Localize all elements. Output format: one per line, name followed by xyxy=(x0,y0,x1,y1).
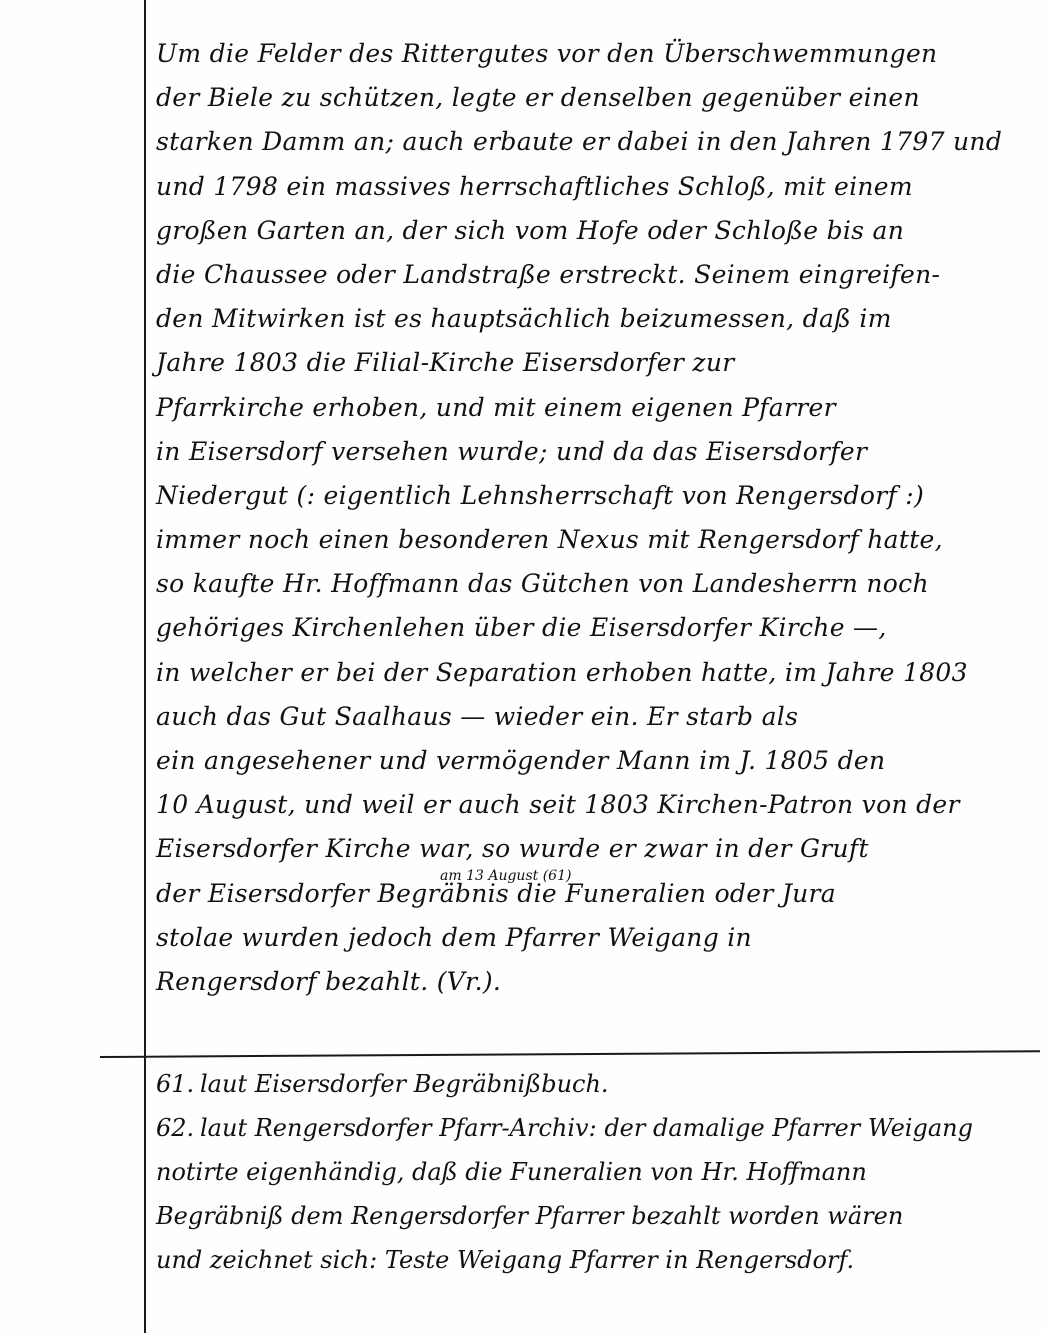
footnote-number: 62. xyxy=(156,1106,200,1150)
left-margin-rule xyxy=(144,0,146,1333)
interlinear-annotation: am 13 August (61) xyxy=(440,868,571,884)
text-line-2: der Biele zu schützen, legte er denselbe… xyxy=(156,76,1026,120)
text-line-13: so kaufte Hr. Hoffmann das Gütchen von L… xyxy=(156,562,1026,606)
text-line-18: 10 August, und weil er auch seit 1803 Ki… xyxy=(156,783,1026,827)
footnote-62-cont-3: und zeichnet sich: Teste Weigang Pfarrer… xyxy=(156,1238,1026,1282)
text-line-11: Niedergut (: eigentlich Lehnsherrschaft … xyxy=(156,474,1026,518)
text-line-3: starken Damm an; auch erbaute er dabei i… xyxy=(156,120,1026,164)
text-line-10: in Eisersdorf versehen wurde; und da das… xyxy=(156,430,1026,474)
text-line-15: in welcher er bei der Separation erhoben… xyxy=(156,651,1026,695)
text-line-8: Jahre 1803 die Filial-Kirche Eisersdorfe… xyxy=(156,341,1026,385)
text-line-4: und 1798 ein massives herrschaftliches S… xyxy=(156,165,1026,209)
text-line-21: stolae wurden jedoch dem Pfarrer Weigang… xyxy=(156,916,1026,960)
footnote-62-cont-2: Begräbniß dem Rengersdorfer Pfarrer beza… xyxy=(156,1194,1026,1238)
footnote-62: 62.laut Rengersdorfer Pfarr-Archiv: der … xyxy=(156,1106,1026,1150)
text-line-22: Rengersdorf bezahlt. (Vr.). xyxy=(156,960,1026,1004)
text-line-14: gehöriges Kirchenlehen über die Eisersdo… xyxy=(156,606,1026,650)
text-line-19: Eisersdorfer Kirche war, so wurde er zwa… xyxy=(156,827,1026,871)
footnote-text: laut Rengersdorfer Pfarr-Archiv: der dam… xyxy=(200,1114,973,1142)
footnote-61: 61.laut Eisersdorfer Begräbnißbuch. xyxy=(156,1062,1026,1106)
text-line-1: Um die Felder des Rittergutes vor den Üb… xyxy=(156,32,1026,76)
footnote-62-cont-1: notirte eigenhändig, daß die Funeralien … xyxy=(156,1150,1026,1194)
text-line-5: großen Garten an, der sich vom Hofe oder… xyxy=(156,209,1026,253)
text-line-17: ein angesehener und vermögender Mann im … xyxy=(156,739,1026,783)
footnote-text: laut Eisersdorfer Begräbnißbuch. xyxy=(200,1070,609,1098)
text-line-7: den Mitwirken ist es hauptsächlich beizu… xyxy=(156,297,1026,341)
text-line-20: der Eisersdorfer Begräbnis die Funeralie… xyxy=(156,872,1026,916)
text-line-9: Pfarrkirche erhoben, und mit einem eigen… xyxy=(156,386,1026,430)
manuscript-page: Um die Felder des Rittergutes vor den Üb… xyxy=(0,0,1046,1333)
main-text-block: Um die Felder des Rittergutes vor den Üb… xyxy=(156,32,1026,1004)
text-line-16: auch das Gut Saalhaus — wieder ein. Er s… xyxy=(156,695,1026,739)
text-line-6: die Chaussee oder Landstraße erstreckt. … xyxy=(156,253,1026,297)
text-line-12: immer noch einen besonderen Nexus mit Re… xyxy=(156,518,1026,562)
footnotes-block: 61.laut Eisersdorfer Begräbnißbuch. 62.l… xyxy=(156,1062,1026,1282)
footnote-divider xyxy=(100,1050,1040,1058)
footnote-number: 61. xyxy=(156,1062,200,1106)
